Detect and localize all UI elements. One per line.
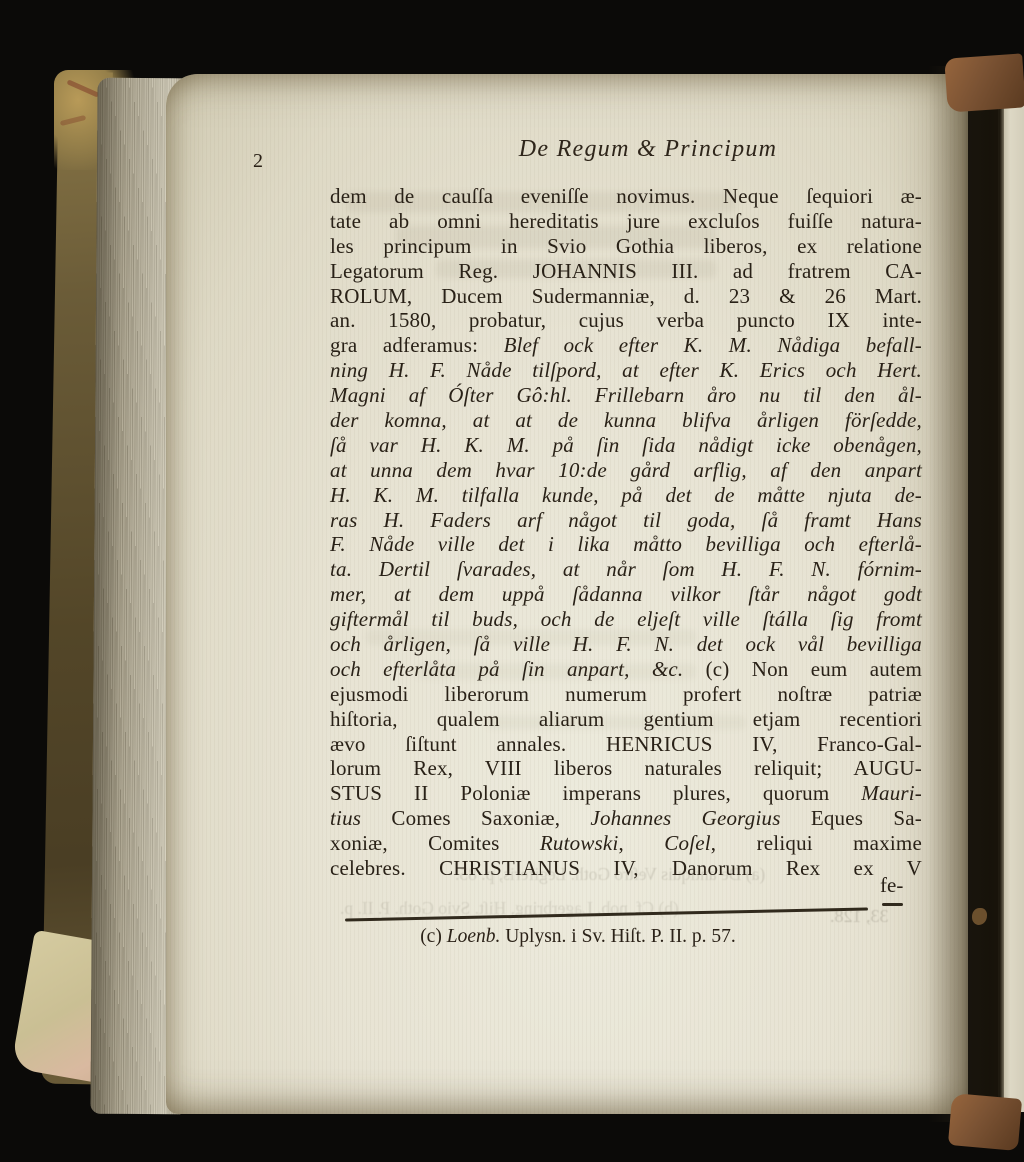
text-segment: xoniæ, Comites — [330, 831, 540, 855]
text-segment: , reliqui maxime — [711, 831, 922, 855]
body-line: der komna, at at de kunna blifva årligen… — [330, 408, 922, 433]
text-segment: ta. Dertil ſvarades, at når ſom H. F. N.… — [330, 557, 922, 581]
leather-binding-bottom — [948, 1093, 1022, 1151]
bleedthrough-line-1: (a) De antiquis Veſtro Goth. Legiferis, … — [455, 864, 765, 885]
body-line: STUS II Poloniæ imperans plures, quorum … — [330, 781, 922, 806]
text-segment: at unna dem hvar 10:de gård arflig, af d… — [330, 458, 922, 482]
body-line: gra adferamus: Blef ock efter K. M. Nådi… — [330, 333, 922, 358]
body-line: les principum in Svio Gothia liberos, ex… — [330, 234, 922, 259]
body-line: F. Nåde ville det i lika måtto bevilliga… — [330, 532, 922, 557]
text-segment: ras H. Faders arf något til goda, ſå fra… — [330, 508, 922, 532]
text-segment: lorum Rex, VIII liberos naturales reliqu… — [330, 756, 922, 780]
next-page-edge — [998, 86, 1024, 1112]
photo-backdrop: 2 De Regum & Principum dem de cauſſa eve… — [0, 0, 1024, 1162]
text-segment: Comes Saxoniæ, — [361, 806, 590, 830]
text-segment: gra adferamus: — [330, 333, 504, 357]
catchword: fe- — [880, 873, 926, 898]
text-segment: ævo ſiſtunt annales. HENRICUS IV, Franco… — [330, 732, 922, 756]
text-segment: Eques Sa- — [781, 806, 922, 830]
text-segment: och efterlåta på ſin anpart, &c. — [330, 657, 706, 681]
body-line: lorum Rex, VIII liberos naturales reliqu… — [330, 756, 922, 781]
body-line: ROLUM, Ducem Sudermanniæ, d. 23 & 26 Mar… — [330, 284, 922, 309]
footnote: (c) Loenb. Uplysn. i Sv. Hiſt. P. II. p.… — [330, 926, 922, 948]
text-segment: tius — [330, 806, 361, 830]
running-title: De Regum & Principum — [330, 136, 944, 163]
body-line: H. K. M. tilfalla kunde, på det de måtte… — [330, 483, 922, 508]
body-line: tius Comes Saxoniæ, Johannes Georgius Eq… — [330, 806, 922, 831]
text-segment: Legatorum Reg. JOHANNIS III. ad fratrem … — [330, 259, 922, 283]
text-segment: der komna, at at de kunna blifva årligen… — [330, 408, 922, 432]
text-segment: les principum in Svio Gothia liberos, ex… — [330, 234, 922, 258]
text-segment: Rutowski — [540, 831, 619, 855]
text-segment: (c) Non eum autem — [706, 657, 922, 681]
text-segment: Johannes Georgius — [590, 806, 780, 830]
text-segment: tate ab omni hereditatis jure excluſos f… — [330, 209, 922, 233]
body-line: ejusmodi liberorum numerum profert noſtr… — [330, 682, 922, 707]
bleedthrough-line-3: 33, 128. — [830, 906, 889, 927]
body-line: xoniæ, Comites Rutowski, Coſel, reliqui … — [330, 831, 922, 856]
body-line: Legatorum Reg. JOHANNIS III. ad fratrem … — [330, 259, 922, 284]
text-segment: ejusmodi liberorum numerum profert noſtr… — [330, 682, 922, 706]
body-line: at unna dem hvar 10:de gård arflig, af d… — [330, 458, 922, 483]
text-segment: Blef ock efter K. M. Nådiga befall- — [504, 333, 922, 357]
book-page: 2 De Regum & Principum dem de cauſſa eve… — [166, 74, 968, 1114]
text-segment: (c) — [420, 926, 447, 947]
text-segment: an. 1580, probatur, cujus verba puncto I… — [330, 308, 922, 332]
body-line: tate ab omni hereditatis jure excluſos f… — [330, 209, 922, 234]
text-segment: F. Nåde ville det i lika måtto bevilliga… — [330, 532, 922, 556]
text-segment: Uplysn. i Sv. Hiſt. P. II. p. 57. — [500, 926, 735, 947]
body-line: ras H. Faders arf något til goda, ſå fra… — [330, 508, 922, 533]
body-line: ning H. F. Nåde tilſpord, at efter K. Er… — [330, 358, 922, 383]
text-segment: ROLUM, Ducem Sudermanniæ, d. 23 & 26 Mar… — [330, 284, 922, 308]
page-edge-tear — [972, 908, 987, 925]
text-segment: STUS II Poloniæ imperans plures, quorum — [330, 781, 861, 805]
body-line: mer, at dem uppå ſådanna vilkor ſtår någ… — [330, 582, 922, 607]
body-line: dem de cauſſa eveniſſe novimus. Neque ſe… — [330, 184, 922, 209]
body-line: och efterlåta på ſin anpart, &c. (c) Non… — [330, 657, 922, 682]
text-segment: Magni af Óſter Gô:hl. Frillebarn åro nu … — [330, 383, 922, 407]
page-number: 2 — [253, 150, 263, 173]
body-line: ævo ſiſtunt annales. HENRICUS IV, Franco… — [330, 732, 922, 757]
text-segment: Mauri- — [861, 781, 922, 805]
body-line: ta. Dertil ſvarades, at når ſom H. F. N.… — [330, 557, 922, 582]
text-segment: H. K. M. tilfalla kunde, på det de måtte… — [330, 483, 922, 507]
body-line: giftermål til buds, och de eljeſt ville … — [330, 607, 922, 632]
text-segment: Loenb. — [447, 926, 501, 947]
leather-binding-top — [944, 53, 1024, 112]
body-line: ſå var H. K. M. på ſin ſida nådigt icke … — [330, 433, 922, 458]
body-text: dem de cauſſa eveniſſe novimus. Neque ſe… — [330, 184, 922, 881]
text-segment: giftermål til buds, och de eljeſt ville … — [330, 607, 922, 631]
text-segment: dem de cauſſa eveniſſe novimus. Neque ſe… — [330, 184, 922, 208]
text-segment: mer, at dem uppå ſådanna vilkor ſtår någ… — [330, 582, 922, 606]
body-line: och årligen, ſå ville H. F. N. det ock v… — [330, 632, 922, 657]
text-segment: ning H. F. Nåde tilſpord, at efter K. Er… — [330, 358, 922, 382]
text-segment: hiſtoria, qualem aliarum gentium etjam r… — [330, 707, 922, 731]
text-segment: och årligen, ſå ville H. F. N. det ock v… — [330, 632, 922, 656]
body-line: hiſtoria, qualem aliarum gentium etjam r… — [330, 707, 922, 732]
text-segment: ſå var H. K. M. på ſin ſida nådigt icke … — [330, 433, 922, 457]
body-line: Magni af Óſter Gô:hl. Frillebarn åro nu … — [330, 383, 922, 408]
body-line: an. 1580, probatur, cujus verba puncto I… — [330, 308, 922, 333]
text-segment: , — [619, 831, 665, 855]
text-segment: Coſel — [664, 831, 711, 855]
